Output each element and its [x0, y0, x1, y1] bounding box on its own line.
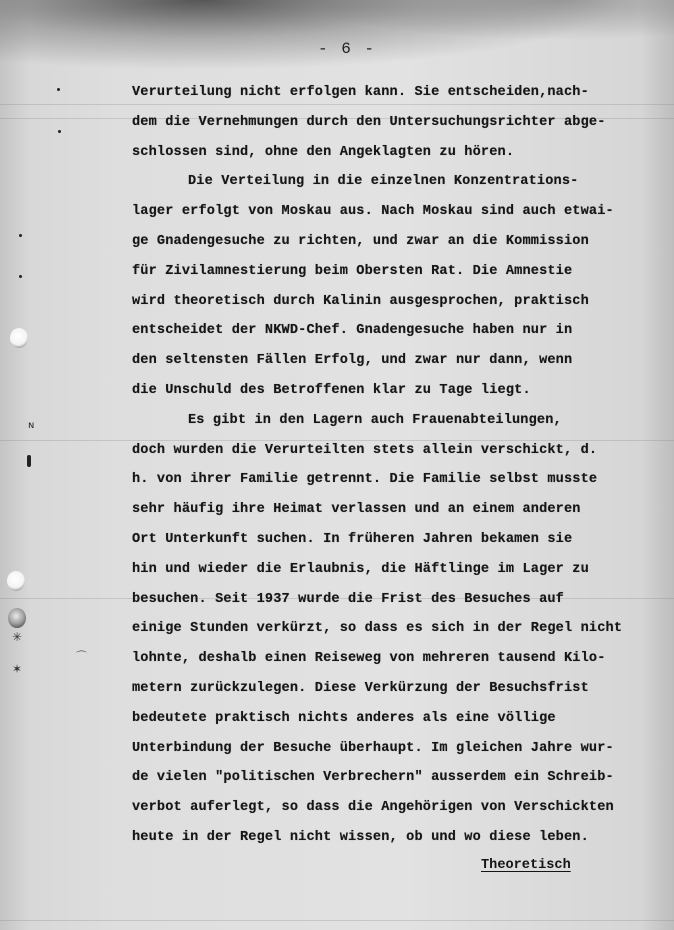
text-line: wird theoretisch durch Kalinin ausgespro…: [132, 287, 652, 317]
text-line: besuchen. Seit 1937 wurde die Frist des …: [132, 585, 652, 615]
text-line: metern zurückzulegen. Diese Verkürzung d…: [132, 674, 652, 704]
ink-mark: [27, 455, 31, 467]
page-number: - 6 -: [318, 40, 376, 58]
text-line: bedeutete praktisch nichts anderes als e…: [132, 704, 652, 734]
text-line: hin und wieder die Erlaubnis, die Häftli…: [132, 555, 652, 585]
text-line: lager erfolgt von Moskau aus. Nach Moska…: [132, 197, 652, 227]
text-line: schlossen sind, ohne den Angeklagten zu …: [132, 138, 652, 168]
catchword: Theoretisch: [481, 858, 571, 873]
text-line: sehr häufig ihre Heimat verlassen und an…: [132, 495, 652, 525]
text-line: für Zivilamnestierung beim Obersten Rat.…: [132, 257, 652, 287]
text-line: de vielen "politischen Verbrechern" auss…: [132, 763, 652, 793]
text-line: doch wurden die Verurteilten stets allei…: [132, 436, 652, 466]
margin-mark: ɴ: [28, 420, 34, 431]
text-line: Unterbindung der Besuche überhaupt. Im g…: [132, 734, 652, 764]
pencil-mark: ⌒: [76, 648, 87, 664]
ink-speck: [57, 88, 60, 91]
text-line: verbot auferlegt, so dass die Angehörige…: [132, 793, 652, 823]
fold-line: [0, 920, 674, 921]
text-line: Verurteilung nicht erfolgen kann. Sie en…: [132, 78, 652, 108]
body-text: Verurteilung nicht erfolgen kann. Sie en…: [132, 78, 652, 853]
text-line: Es gibt in den Lagern auch Frauenabteilu…: [132, 406, 652, 436]
punch-hole: [8, 608, 26, 628]
text-line: heute in der Regel nicht wissen, ob und …: [132, 823, 652, 853]
text-line: den seltensten Fällen Erfolg, und zwar n…: [132, 346, 652, 376]
text-line: entscheidet der NKWD-Chef. Gnadengesuche…: [132, 316, 652, 346]
text-line: Die Verteilung in die einzelnen Konzentr…: [132, 167, 652, 197]
document-page: ɴ ✳ ✶ ⌒ - 6 - Verurteilung nicht erfolge…: [0, 0, 674, 930]
ink-speck: [19, 275, 22, 278]
text-line: lohnte, deshalb einen Reiseweg von mehre…: [132, 644, 652, 674]
text-line: Ort Unterkunft suchen. In früheren Jahre…: [132, 525, 652, 555]
ink-speck: [19, 234, 22, 237]
margin-mark: ✳: [12, 630, 22, 644]
punch-hole: [10, 328, 28, 348]
margin-mark: ✶: [12, 662, 22, 676]
ink-speck: [58, 130, 61, 133]
text-line: einige Stunden verkürzt, so dass es sich…: [132, 614, 652, 644]
punch-hole: [7, 571, 25, 591]
text-line: dem die Vernehmungen durch den Untersuch…: [132, 108, 652, 138]
text-line: ge Gnadengesuche zu richten, und zwar an…: [132, 227, 652, 257]
text-line: h. von ihrer Familie getrennt. Die Famil…: [132, 465, 652, 495]
text-line: die Unschuld des Betroffenen klar zu Tag…: [132, 376, 652, 406]
